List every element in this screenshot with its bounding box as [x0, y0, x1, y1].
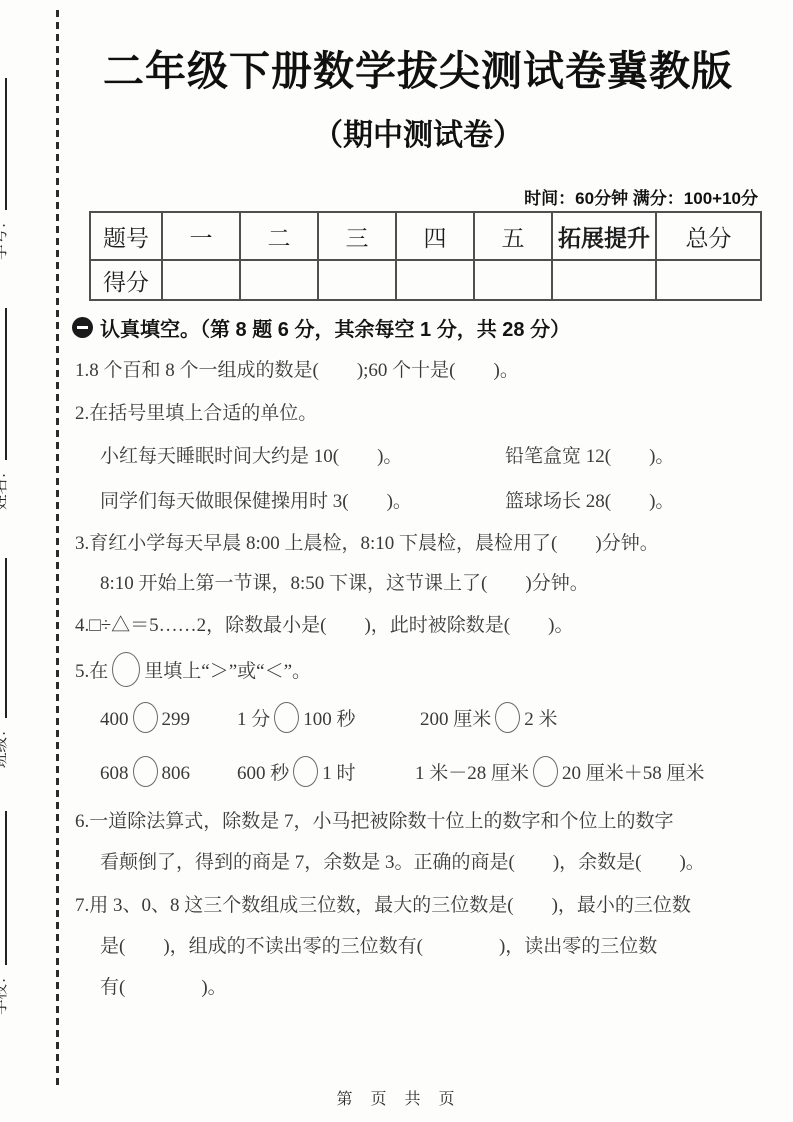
compare-left: 600 秒	[237, 763, 289, 784]
question-5-suffix: 里填上“＞”或“＜”。	[144, 661, 311, 682]
question-3-line2: 8:10 开始上第一节课，8:50 下课，这节课上了( )分钟。	[100, 568, 589, 595]
col-part-4: 四	[396, 212, 474, 260]
compare-right: 299	[162, 709, 191, 730]
question-5-prefix: 5.在	[75, 661, 108, 682]
compare-left: 200 厘米	[420, 709, 491, 730]
compare-left: 1 分	[237, 709, 270, 730]
col-part-1: 一	[162, 212, 240, 260]
binding-fold-dashed-line	[56, 10, 59, 1090]
score-table-score-row: 得分	[90, 260, 761, 300]
compare-right: 1 时	[322, 763, 355, 784]
score-row-label: 得分	[90, 260, 162, 300]
circled-one-icon	[72, 317, 93, 338]
compare-circle-icon	[274, 702, 299, 733]
compare-circle-icon	[495, 702, 520, 733]
question-5-row2-group2: 600 秒1 时	[237, 756, 356, 787]
score-cell-2	[240, 260, 318, 300]
question-4: 4.□÷△＝5……2，除数最小是( )，此时被除数是( )。	[75, 610, 573, 637]
question-3-line1: 3.育红小学每天早晨 8:00 上晨检，8:10 下晨检，晨检用了( )分钟。	[75, 528, 659, 555]
compare-circle-icon	[293, 756, 318, 787]
question-7-line1: 7.用 3、0、8 这三个数组成三位数，最大的三位数是( )，最小的三位数	[75, 890, 691, 917]
question-5-row2-group3: 1 米－28 厘米20 厘米＋58 厘米	[415, 756, 705, 787]
compare-circle-icon	[112, 652, 140, 687]
compare-circle-icon	[133, 702, 158, 733]
col-question-number: 题号	[90, 212, 162, 260]
score-cell-5	[474, 260, 552, 300]
score-cell-total	[656, 260, 761, 300]
question-7-line3: 有( )。	[100, 972, 227, 999]
compare-circle-icon	[133, 756, 158, 787]
sidebar-field-class: 班级：	[0, 558, 10, 768]
student-number-label: 学号：	[0, 213, 10, 260]
question-5-row1-group1: 400299	[100, 702, 190, 733]
compare-left: 608	[100, 763, 129, 784]
school-blank-line	[5, 811, 7, 965]
section-1-heading: 认真填空。（第 8 题 6 分，其余每空 1 分，共 28 分）	[72, 313, 570, 342]
test-paper-page: 学号： 姓名： 班级： 学校： 二年级下册数学拔尖测试卷冀教版 （期中测试卷） …	[0, 0, 793, 1122]
col-total: 总分	[656, 212, 761, 260]
question-2-row2-right: 篮球场长 28( )。	[505, 486, 674, 513]
compare-right: 100 秒	[303, 709, 355, 730]
section-1-heading-text: 认真填空。（第 8 题 6 分，其余每空 1 分，共 28 分）	[100, 313, 570, 342]
score-table: 题号 一 二 三 四 五 拓展提升 总分 得分	[89, 211, 762, 301]
score-cell-3	[318, 260, 396, 300]
compare-circle-icon	[533, 756, 558, 787]
score-cell-extension	[552, 260, 656, 300]
page-footer: 第 页 共 页	[0, 1086, 793, 1109]
col-extension: 拓展提升	[552, 212, 656, 260]
question-5-row1-group3: 200 厘米2 米	[420, 702, 558, 733]
sidebar-field-school: 学校：	[0, 811, 10, 1015]
question-1: 1.8 个百和 8 个一组成的数是( );60 个十是( )。	[75, 355, 519, 382]
name-blank-line	[5, 308, 7, 460]
question-2-row1-left: 小红每天睡眠时间大约是 10( )。	[100, 441, 402, 468]
score-table-header-row: 题号 一 二 三 四 五 拓展提升 总分	[90, 212, 761, 260]
question-6-line2: 看颠倒了，得到的商是 7，余数是 3。正确的商是( )，余数是( )。	[100, 847, 705, 874]
page-title: 二年级下册数学拔尖测试卷冀教版	[75, 38, 761, 97]
col-part-2: 二	[240, 212, 318, 260]
name-label: 姓名：	[0, 463, 10, 510]
compare-left: 1 米－28 厘米	[415, 763, 529, 784]
class-blank-line	[5, 558, 7, 718]
sidebar-field-student-number: 学号：	[0, 78, 10, 260]
question-2: 2.在括号里填上合适的单位。	[75, 398, 317, 425]
question-7-line2: 是( )，组成的不读出零的三位数有( )，读出零的三位数	[100, 931, 657, 958]
compare-right: 806	[162, 763, 191, 784]
class-label: 班级：	[0, 721, 10, 768]
question-6-line1: 6.一道除法算式，除数是 7，小马把被除数十位上的数字和个位上的数字	[75, 806, 674, 833]
question-2-row2-left: 同学们每天做眼保健操用时 3( )。	[100, 486, 412, 513]
school-label: 学校：	[0, 968, 10, 1015]
page-subtitle: （期中测试卷）	[75, 110, 761, 154]
question-5: 5.在里填上“＞”或“＜”。	[75, 652, 311, 687]
compare-right: 20 厘米＋58 厘米	[562, 763, 705, 784]
question-5-row1-group2: 1 分100 秒	[237, 702, 356, 733]
score-cell-1	[162, 260, 240, 300]
question-2-row1-right: 铅笔盒宽 12( )。	[505, 441, 674, 468]
col-part-5: 五	[474, 212, 552, 260]
score-cell-4	[396, 260, 474, 300]
col-part-3: 三	[318, 212, 396, 260]
time-score-meta: 时间：60分钟 满分：100+10分	[90, 184, 758, 209]
compare-left: 400	[100, 709, 129, 730]
compare-right: 2 米	[524, 709, 557, 730]
question-5-row2-group1: 608806	[100, 756, 190, 787]
sidebar-field-name: 姓名：	[0, 308, 10, 510]
student-number-blank-line	[5, 78, 7, 210]
